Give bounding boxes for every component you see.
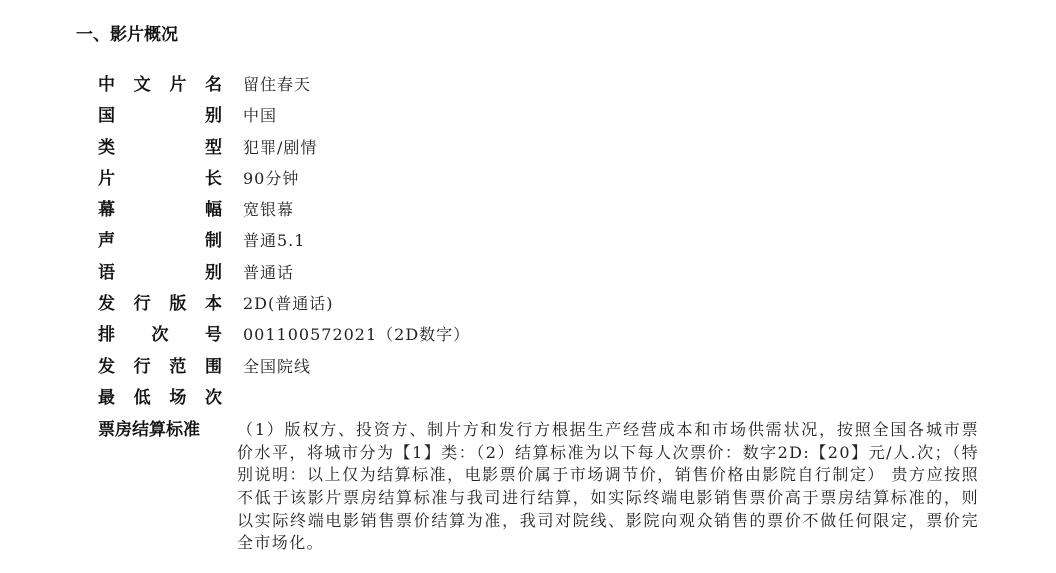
- label-char: 语: [98, 260, 115, 286]
- label-char: 文: [134, 72, 151, 98]
- label-release-version: 发 行 版 本: [98, 291, 222, 317]
- row-chinese-title: 中 文 片 名 留住春天: [98, 72, 998, 103]
- label-char: 发: [98, 291, 115, 317]
- label-char: 声: [98, 228, 115, 254]
- label-minimum-screenings: 最 低 场 次: [98, 385, 222, 411]
- label-char: 幅: [205, 197, 222, 223]
- label-char: 型: [205, 135, 222, 161]
- row-duration: 片 长 90分钟: [98, 166, 998, 197]
- label-chinese-title: 中 文 片 名: [98, 72, 222, 98]
- label-country: 国 别: [98, 103, 222, 129]
- label-char: 长: [205, 166, 222, 192]
- value-duration: 90分钟: [243, 166, 299, 192]
- label-char: 别: [205, 260, 222, 286]
- row-schedule-number: 排 次 号 001100572021（2D数字）: [98, 322, 998, 353]
- label-char: 围: [205, 354, 222, 380]
- value-box-office-settlement: （1）版权方、投资方、制片方和发行方根据生产经营成本和市场供需状况，按照全国各城…: [237, 419, 979, 555]
- row-box-office-settlement: 票房结算标准 （1）版权方、投资方、制片方和发行方根据生产经营成本和市场供需状况…: [98, 418, 998, 555]
- value-release-version: 2D(普通话): [243, 291, 334, 317]
- value-release-scope: 全国院线: [243, 354, 311, 380]
- film-info-table: 中 文 片 名 留住春天 国 别 中国 类 型 犯罪/剧情 片 长 90分钟 幕…: [98, 72, 998, 555]
- label-char: 低: [134, 385, 151, 411]
- label-duration: 片 长: [98, 166, 222, 192]
- label-language: 语 别: [98, 260, 222, 286]
- label-char: 国: [98, 103, 115, 129]
- label-char: 片: [169, 72, 186, 98]
- label-char: 号: [205, 322, 222, 348]
- value-country: 中国: [243, 103, 277, 129]
- label-char: 名: [205, 72, 222, 98]
- value-genre: 犯罪/剧情: [243, 135, 317, 161]
- label-screen-format: 幕 幅: [98, 197, 222, 223]
- value-schedule-number: 001100572021（2D数字）: [243, 322, 470, 348]
- row-language: 语 别 普通话: [98, 260, 998, 291]
- label-box-office-settlement: 票房结算标准: [98, 418, 222, 442]
- label-char: 场: [169, 385, 186, 411]
- row-minimum-screenings: 最 低 场 次: [98, 385, 998, 416]
- label-char: 行: [134, 354, 151, 380]
- row-country: 国 别 中国: [98, 103, 998, 134]
- label-char: 次: [205, 385, 222, 411]
- value-sound: 普通5.1: [243, 228, 305, 254]
- label-char: 幕: [98, 197, 115, 223]
- label-char: 类: [98, 135, 115, 161]
- label-char: 中: [98, 72, 115, 98]
- value-language: 普通话: [243, 260, 294, 286]
- label-char: 片: [98, 166, 115, 192]
- label-sound: 声 制: [98, 228, 222, 254]
- section-title: 一、影片概况: [76, 23, 178, 47]
- row-screen-format: 幕 幅 宽银幕: [98, 197, 998, 228]
- label-char: 别: [205, 103, 222, 129]
- label-genre: 类 型: [98, 135, 222, 161]
- label-release-scope: 发 行 范 围: [98, 354, 222, 380]
- label-char: 发: [98, 354, 115, 380]
- label-char: 次: [152, 322, 169, 348]
- value-screen-format: 宽银幕: [243, 197, 294, 223]
- row-sound: 声 制 普通5.1: [98, 228, 998, 259]
- row-release-version: 发 行 版 本 2D(普通话): [98, 291, 998, 322]
- row-genre: 类 型 犯罪/剧情: [98, 135, 998, 166]
- value-chinese-title: 留住春天: [243, 72, 311, 98]
- label-char: 版: [169, 291, 186, 317]
- row-release-scope: 发 行 范 围 全国院线: [98, 354, 998, 385]
- label-char: 制: [205, 228, 222, 254]
- label-char: 排: [98, 322, 115, 348]
- label-char: 本: [205, 291, 222, 317]
- label-char: 行: [134, 291, 151, 317]
- label-schedule-number: 排 次 号: [98, 322, 222, 348]
- label-char: 最: [98, 385, 115, 411]
- label-char: 范: [169, 354, 186, 380]
